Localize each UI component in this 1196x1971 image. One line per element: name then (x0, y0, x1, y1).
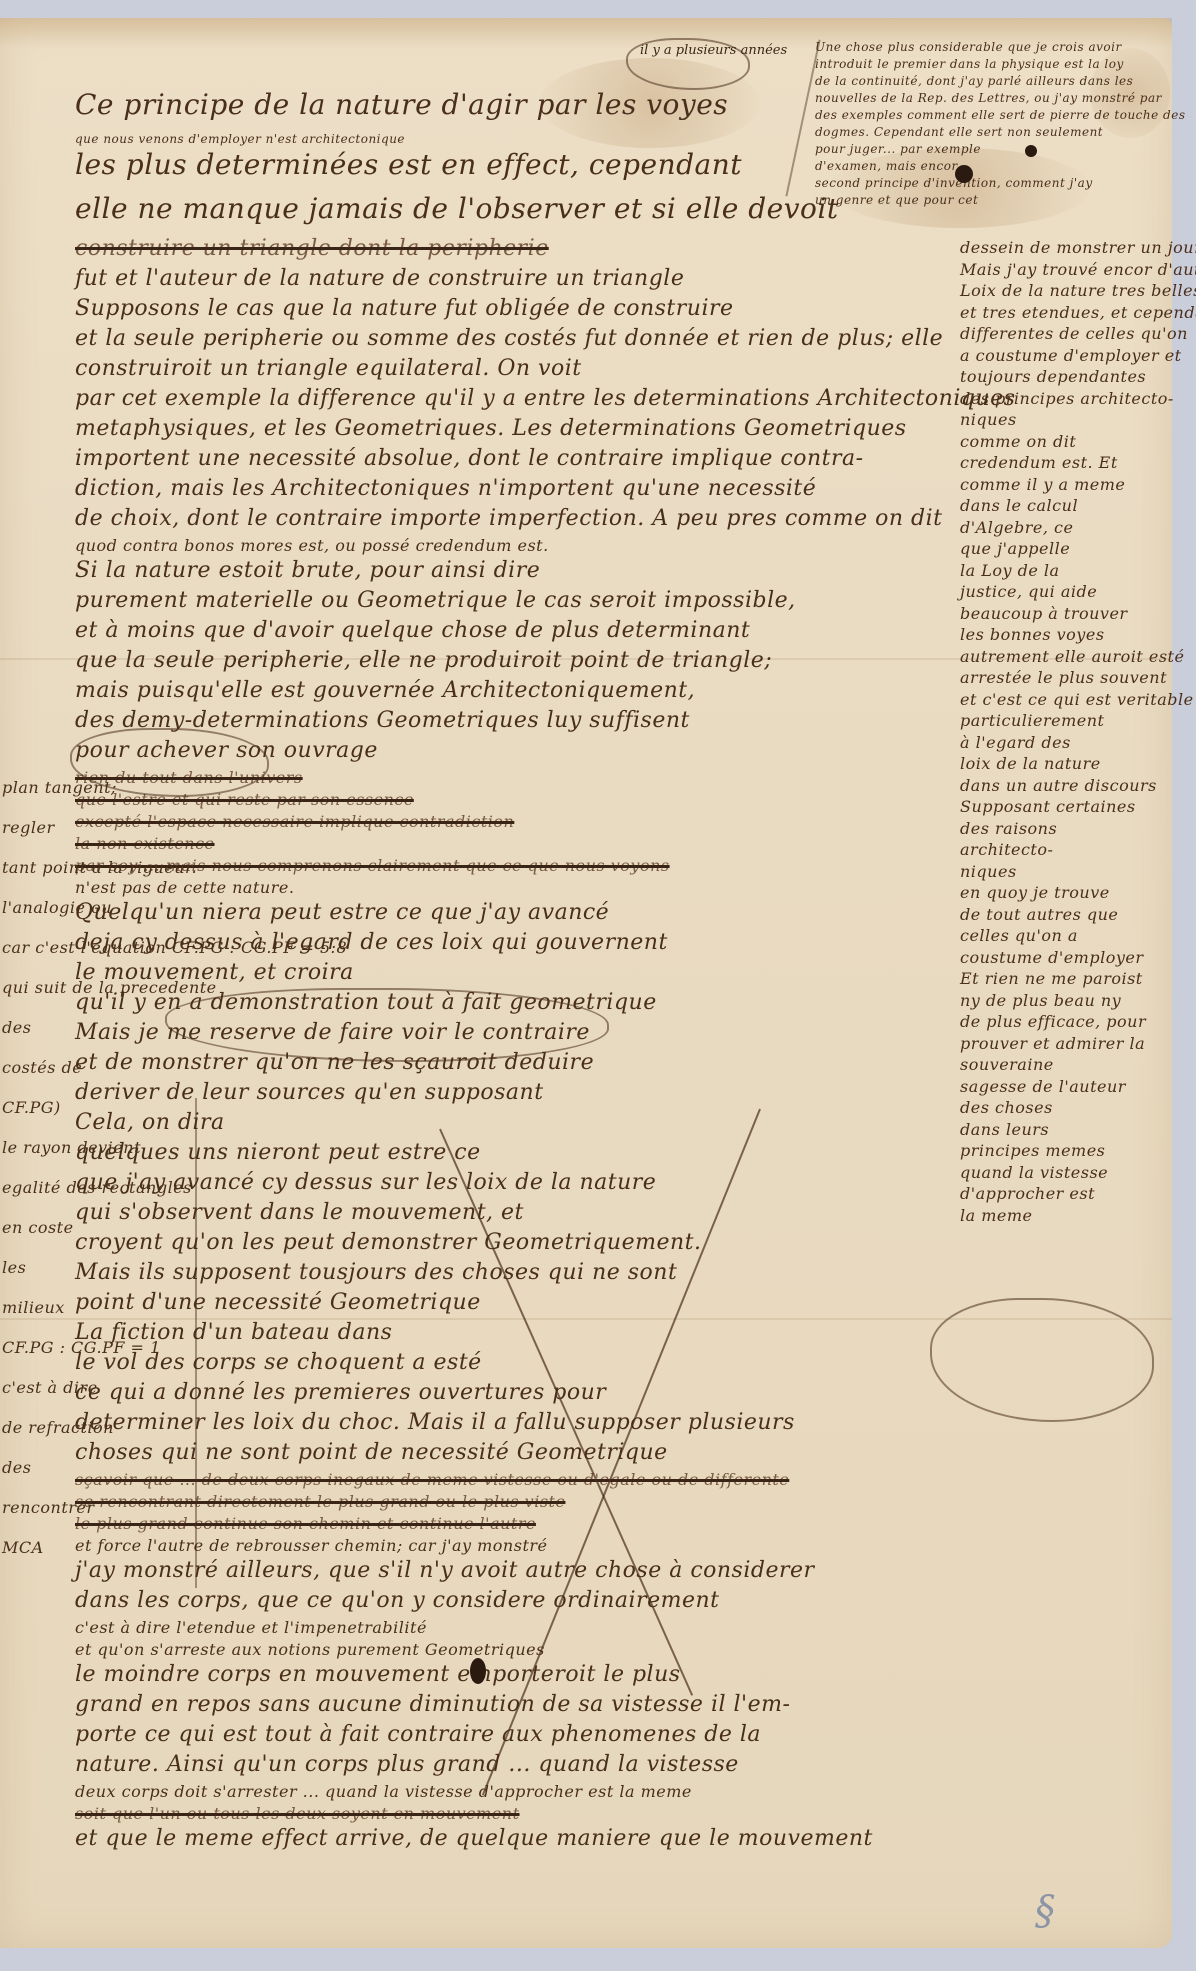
manuscript-line: le moindre corps en mouvement emporteroi… (75, 1662, 681, 1687)
right-margin-note: particulierement (960, 711, 1104, 730)
annotation-loop (930, 1298, 1154, 1422)
right-margin-note: dans un autre discours (960, 776, 1157, 795)
left-margin-note: CF.PG : CG.PF = 1 (2, 1338, 161, 1357)
manuscript-line: qui s'observent dans le mouvement, et (75, 1200, 524, 1225)
right-margin-note: des raisons (960, 819, 1057, 838)
manuscript-line: metaphysiques, et les Geometriques. Les … (75, 416, 907, 441)
right-margin-note: sagesse de l'auteur (960, 1077, 1126, 1096)
manuscript-line: et que le meme effect arrive, de quelque… (75, 1826, 873, 1851)
left-margin-note: en coste (2, 1218, 74, 1237)
manuscript-line: determiner les loix du choc. Mais il a f… (75, 1410, 795, 1435)
right-margin-note: justice, qui aide (960, 582, 1097, 601)
left-margin-note: regler (2, 818, 55, 837)
top-note-line: nouvelles de la Rep. des Lettres, ou j'a… (815, 91, 1162, 105)
left-margin-note: egalité des rectangles (2, 1178, 192, 1197)
manuscript-line: la non existence (75, 834, 215, 853)
manuscript-line: Ce principe de la nature d'agir par les … (75, 88, 728, 121)
manuscript-line: nature. Ainsi qu'un corps plus grand ...… (75, 1752, 739, 1777)
manuscript-line: croyent qu'on les peut demonstrer Geomet… (75, 1230, 702, 1255)
top-note-line: Une chose plus considerable que je crois… (815, 40, 1122, 54)
manuscript-line: n'est pas de cette nature. (75, 878, 294, 897)
top-note-line: un genre et que pour cet (815, 193, 978, 207)
right-margin-note: Et rien ne me paroist (960, 969, 1143, 988)
manuscript-line: Mais ils supposent tousjours des choses … (75, 1260, 677, 1285)
right-margin-note: la Loy de la (960, 561, 1060, 580)
right-margin-note: la meme (960, 1206, 1033, 1225)
ink-blot (1025, 145, 1037, 157)
manuscript-line: de choix, dont le contraire importe impe… (75, 506, 943, 531)
manuscript-line: dans les corps, que ce qu'on y considere… (75, 1588, 719, 1613)
manuscript-line: Si la nature estoit brute, pour ainsi di… (75, 558, 540, 583)
left-margin-note: tant point a la rigueur. (2, 858, 197, 877)
right-margin-note: comme il y a meme (960, 475, 1125, 494)
manuscript-line: quod contra bonos mores est, ou possé cr… (75, 536, 549, 555)
right-margin-note: credendum est. Et (960, 453, 1118, 472)
left-margin-note: les (2, 1258, 26, 1277)
top-note-line: des exemples comment elle sert de pierre… (815, 108, 1185, 122)
right-margin-note: dans le calcul (960, 496, 1078, 515)
right-margin-note: celles qu'on a (960, 926, 1078, 945)
manuscript-line: porte ce qui est tout à fait contraire a… (75, 1722, 761, 1747)
manuscript-line: les plus determinées est en effect, cepe… (75, 148, 742, 181)
manuscript-line: elle ne manque jamais de l'observer et s… (75, 192, 839, 225)
left-margin-note: CF.PG) (2, 1098, 61, 1117)
left-margin-note: c'est à dire (2, 1378, 98, 1397)
right-margin-note: dessein de monstrer un jour. (960, 238, 1196, 257)
manuscript-line: j'ay monstré ailleurs, que s'il n'y avoi… (75, 1558, 815, 1583)
manuscript-line: importent une necessité absolue, dont le… (75, 446, 864, 471)
right-margin-note: des choses (960, 1098, 1053, 1117)
right-margin-note: de plus efficace, pour (960, 1012, 1146, 1031)
right-margin-note: quand la vistesse (960, 1163, 1108, 1182)
right-margin-note: autrement elle auroit esté (960, 647, 1184, 666)
manuscript-line: que l'estre et qui reste par son essence (75, 790, 414, 809)
manuscript-line: construiroit un triangle equilateral. On… (75, 356, 582, 381)
manuscript-line: c'est à dire l'etendue et l'impenetrabil… (75, 1618, 427, 1637)
right-margin-note: loix de la nature (960, 754, 1101, 773)
manuscript-line: mais puisqu'elle est gouvernée Architect… (75, 678, 695, 703)
manuscript-line: deriver de leur sources qu'en supposant (75, 1080, 544, 1105)
left-margin-note: MCA (2, 1538, 44, 1557)
right-margin-note: dans leurs (960, 1120, 1049, 1139)
top-note-line: d'examen, mais encor (815, 159, 958, 173)
manuscript-line: sçavoir que ... de deux corps inegaux de… (75, 1470, 789, 1489)
manuscript-line: excepté l'espace necessaire implique con… (75, 812, 514, 831)
top-note-line: introduit le premier dans la physique es… (815, 57, 1124, 71)
right-margin-note: differentes de celles qu'on (960, 324, 1188, 343)
right-margin-note: en quoy je trouve (960, 883, 1110, 902)
manuscript-line: Cela, on dira (75, 1110, 225, 1135)
manuscript-line: que la seule peripherie, elle ne produir… (75, 648, 772, 673)
right-margin-note: les bonnes voyes (960, 625, 1105, 644)
manuscript-line: et qu'on s'arreste aux notions purement … (75, 1640, 545, 1659)
right-margin-note: d'approcher est (960, 1184, 1095, 1203)
right-margin-note: principes memes (960, 1141, 1105, 1160)
left-margin-note: des (2, 1018, 31, 1037)
right-margin-note: et tres etendues, et cependant fort (960, 303, 1196, 322)
manuscript-line: deux corps doit s'arrester ... quand la … (75, 1782, 692, 1801)
left-margin-note: l'analogie ou (2, 898, 112, 917)
right-margin-note: toujours dependantes (960, 367, 1146, 386)
manuscript-line: et la seule peripherie ou somme des cost… (75, 326, 943, 351)
left-margin-note: qui suit de la precedente (2, 978, 217, 997)
manuscript-line: soit que l'un ou tous les deux soyent en… (75, 1804, 520, 1823)
manuscript-line: Supposons le cas que la nature fut oblig… (75, 296, 734, 321)
right-margin-note: ny de plus beau ny (960, 991, 1121, 1010)
right-margin-note: comme on dit (960, 432, 1076, 451)
top-note-line: second principe d'invention, comment j'a… (815, 176, 1093, 190)
right-margin-note: beaucoup à trouver (960, 604, 1128, 623)
manuscript-page: il y a plusieurs années Une chose plus c… (0, 18, 1172, 1948)
top-bubble-note: il y a plusieurs années (640, 42, 787, 59)
manuscript-line: se rencontrant directement le plus grand… (75, 1492, 565, 1511)
ink-blot (955, 165, 973, 183)
right-margin-note: Supposant certaines (960, 797, 1136, 816)
right-margin-note: des principes architecto- (960, 389, 1174, 408)
right-margin-note: d'Algebre, ce (960, 518, 1073, 537)
right-margin-note: niques (960, 410, 1017, 429)
right-margin-note: architecto- (960, 840, 1053, 859)
manuscript-line: ce qui a donné les premieres ouvertures … (75, 1380, 606, 1405)
right-margin-note: arrestée le plus souvent (960, 668, 1167, 687)
manuscript-line: que nous venons d'employer n'est archite… (75, 132, 405, 146)
manuscript-line: fut et l'auteur de la nature de construi… (75, 266, 684, 291)
right-margin-note: souveraine (960, 1055, 1054, 1074)
left-margin-note: des (2, 1458, 31, 1477)
left-margin-note: car c'est l'equation CF.PG : CG.PF = 5:8 (2, 938, 347, 957)
right-margin-note: de tout autres que (960, 905, 1118, 924)
manuscript-line: purement materielle ou Geometrique le ca… (75, 588, 796, 613)
margin-line (195, 1098, 197, 1588)
right-margin-note: a coustume d'employer et (960, 346, 1182, 365)
left-margin-note: de refraction (2, 1418, 114, 1437)
pencil-folio-mark: § (1035, 1888, 1055, 1934)
right-margin-note: que j'appelle (960, 539, 1070, 558)
right-margin-note: niques (960, 862, 1017, 881)
manuscript-line: grand en repos sans aucune diminution de… (75, 1692, 790, 1717)
manuscript-line: et force l'autre de rebrousser chemin; c… (75, 1536, 548, 1555)
manuscript-line: et à moins que d'avoir quelque chose de … (75, 618, 750, 643)
right-margin-note: à l'egard des (960, 733, 1071, 752)
left-margin-note: milieux (2, 1298, 65, 1317)
top-note-line: de la continuité, dont j'ay parlé ailleu… (815, 74, 1133, 88)
right-margin-note: et c'est ce qui est veritable (960, 690, 1194, 709)
right-margin-note: coustume d'employer (960, 948, 1144, 967)
left-margin-note: le rayon devient (2, 1138, 141, 1157)
right-margin-note: prouver et admirer la (960, 1034, 1145, 1053)
manuscript-line: point d'une necessité Geometrique (75, 1290, 481, 1315)
manuscript-line: le plus grand continue son chemin et con… (75, 1514, 536, 1533)
ink-blot (470, 1658, 486, 1684)
manuscript-line: par cet exemple la difference qu'il y a … (75, 386, 1015, 411)
top-note-line: dogmes. Cependant elle sert non seulemen… (815, 125, 1103, 139)
top-note-line: pour juger... par exemple (815, 142, 981, 156)
manuscript-line: Quelqu'un niera peut estre ce que j'ay a… (75, 900, 609, 925)
right-margin-note: Loix de la nature tres belles (960, 281, 1196, 300)
right-margin-note: Mais j'ay trouvé encor d'autres (960, 260, 1196, 279)
left-margin-note: rencontrer (2, 1498, 95, 1517)
left-margin-note: costés de (2, 1058, 82, 1077)
manuscript-line: diction, mais les Architectoniques n'imp… (75, 476, 816, 501)
manuscript-line: construire un triangle dont la peripheri… (75, 236, 549, 261)
